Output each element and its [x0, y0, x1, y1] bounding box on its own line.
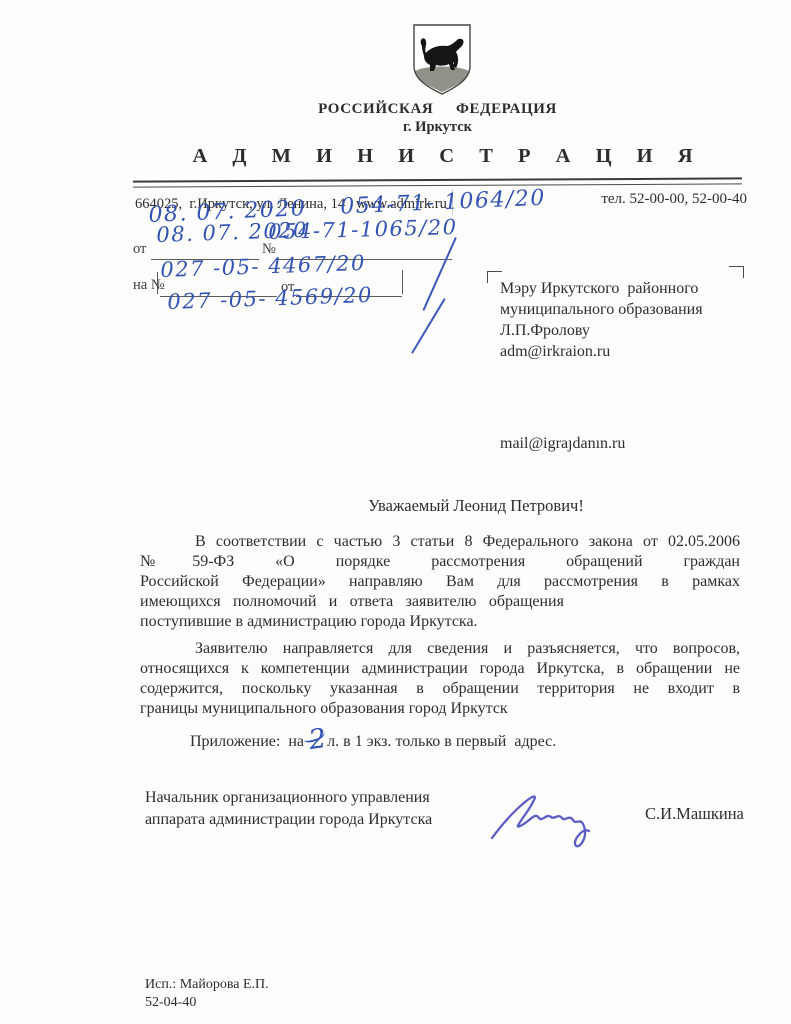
paragraph-line: имеющихся полномочий и ответа заявителю … [140, 593, 740, 613]
address-corner-mark-right [729, 266, 744, 278]
attachment-prefix: Приложение: на [190, 733, 308, 750]
paragraph-line: содержится, поскольку указанная в обраще… [140, 680, 740, 700]
paragraph-1: В соответствии с частью 3 статьи 8 Федер… [140, 533, 740, 633]
executor-name: Исп.: Майорова Е.П. [145, 977, 269, 993]
scanned-letter-page: РОССИЙСКАЯ ФЕДЕРАЦИЯ г. Иркутск А Д М И … [0, 0, 791, 1024]
form-tick-right [402, 270, 403, 294]
paragraph-2: Заявителю направляется для сведения и ра… [140, 640, 740, 720]
attachment-suffix: л. в 1 экз. только в первый адрес. [327, 733, 556, 750]
paragraph-line: №59-ФЗ «О порядке рассмотрения обращений… [140, 553, 740, 573]
letterhead-double-rule [133, 177, 742, 187]
pen-slash-stroke [422, 237, 456, 311]
paragraph-line: относящихся к компетенции администрации … [140, 660, 740, 680]
handwritten-signature [486, 784, 608, 854]
paragraph-line: границы муниципального образования город… [140, 700, 740, 720]
signer-position-line-2: аппарата администрации города Иркутска [145, 811, 432, 829]
paragraph-line: поступившие в администрацию города Иркут… [140, 613, 740, 633]
handwritten-incoming-number-1: 027 -05- 4467/20 [160, 251, 366, 282]
attachment-line: Приложение: на 2л. в 1 экз. только в пер… [190, 733, 556, 751]
signer-position-line-1: Начальник организационного управления [145, 789, 430, 807]
paragraph-line: Российской Федерации» направляю Вам для … [140, 573, 740, 593]
recipient-name: Л.П.Фролову [500, 321, 590, 342]
country-title: РОССИЙСКАЯ ФЕДЕРАЦИЯ [135, 101, 740, 118]
paragraph-line: Заявителю направляется для сведения и ра… [140, 640, 740, 660]
irkutsk-coat-of-arms-icon [410, 22, 474, 98]
handwritten-outgoing-number: 054-71-1065/20 [268, 215, 458, 244]
form-tick-left [157, 272, 158, 294]
city-title: г. Иркутск [135, 119, 740, 136]
organization-title: А Д М И Н И С Т Р А Ц И Я [135, 145, 750, 168]
salutation: Уважаемый Леонид Петрович! [140, 496, 776, 516]
recipient-email: adm@irkraion.ru [500, 342, 610, 363]
recipient-entity-line: муниципального образования [500, 300, 703, 321]
handwritten-sheet-count: 2 [309, 739, 326, 741]
form-label-from: от [133, 241, 146, 258]
pen-slash-stroke [411, 298, 446, 354]
executor-phone: 52-04-40 [145, 995, 196, 1011]
letterhead-phone: тел. 52-00-00, 52-00-40 [595, 191, 747, 208]
handwritten-incoming-number-2: 027 -05- 4569/20 [167, 283, 373, 314]
paragraph-line: В соответствии с частью 3 статьи 8 Федер… [140, 533, 740, 553]
signer-name: С.И.Машкина [645, 804, 744, 824]
recipient-title-line: Мэру Иркутского районного [500, 279, 698, 300]
second-recipient-email: mail@igraȷdanın.ru [500, 434, 625, 455]
